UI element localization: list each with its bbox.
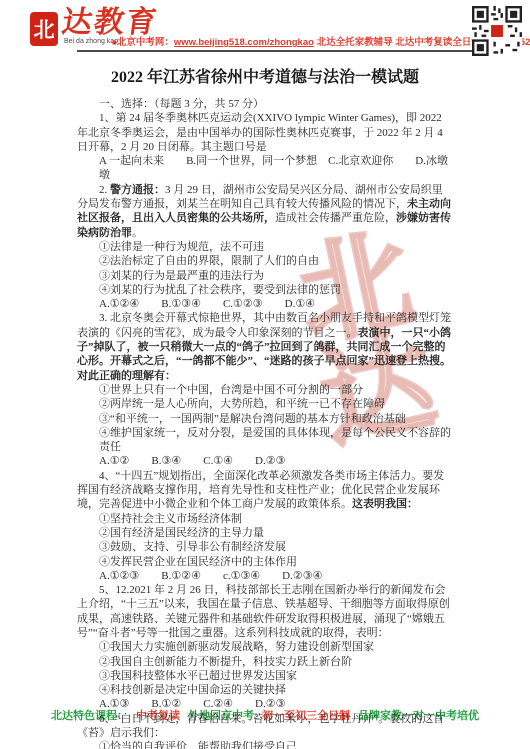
header-links: ■北京中考网：www.beijing518.com/zhongkao 北达全托家… [112, 34, 468, 48]
qr-code [472, 6, 522, 56]
question-3-item-3: ③“和平统一，一国两制”是解决台湾问题的基本方针和政治基础 [77, 412, 453, 426]
header-promo: 北达全托家教辅导 北达中考复读全日制： [317, 37, 491, 48]
question-5-item-4: ④科技创新是决定中国命运的关键抉择 [77, 683, 453, 697]
beida-seal-icon: 北 [30, 12, 58, 46]
question-3-stem: 3. 北京冬奥会开幕式惊艳世界，其中由数百名小朋友手持和平鸽模型灯笼表演的《闪亮… [77, 311, 453, 382]
question-2-item-3: ③刘某的行为是最严重的违法行为 [77, 269, 453, 283]
site-label: 北京中考网： [117, 37, 174, 48]
question-4-item-1: ①坚持社会主义市场经济体制 [77, 512, 453, 526]
page-title: 2022 年江苏省徐州中考道德与法治一模试题 [77, 68, 453, 88]
question-4-item-4: ④发挥民营企业在国民经济中的主体作用 [77, 555, 453, 569]
question-3-item-1: ①世界上只有一个中国，台湾是中国不可分割的一部分 [77, 383, 453, 397]
question-4-choices: A.①②③ B.①②④ c.①③④ D.②③④ [77, 569, 453, 583]
section-heading: 一、选择：（每题 3 分，共 57 分） [77, 97, 453, 111]
question-2-stem: 2. 警方通报：3 月 29 日，湖州市公安局吴兴区分局、湖州市公安局织里分局发… [77, 183, 453, 240]
question-5-item-1: ①我国大力实施创新驱动发展战略，努力建设创新型国家 [77, 640, 453, 654]
question-list: 1、第 24 届冬季奥林匹克运动会(XXIVO lympic Winter Ga… [77, 111, 453, 749]
question-1-choices: A 一起向未来 B.同一个世界，同一个梦想 C.北京欢迎你 D.冰墩墩 [77, 154, 453, 183]
question-6-item-1: ①恰当的自我评价，能帮助我们接受自己 [77, 740, 453, 749]
question-4-stem: 4、“十四五”规划指出，全面深化改革必须激发各类市场主体活力。要发挥国有经济战略… [77, 469, 453, 512]
question-5-item-2: ②我国自主创新能力不断提升，科技实力跃上新台阶 [77, 655, 453, 669]
question-2-item-4: ④刘某的行为扰乱了社会秩序，要受到法律的惩罚 [77, 283, 453, 297]
exam-document: 2022 年江苏省徐州中考道德与法治一模试题 一、选择：（每题 3 分，共 57… [77, 58, 453, 749]
question-5-stem: 5、12.2021 年 2 月 26 日，科技部部长王志刚在国新办举行的新闻发布… [77, 583, 453, 640]
question-5-item-3: ③我国科技整体水平已超过世界发达国家 [77, 669, 453, 683]
question-3-choices: A.①② B.③④ C.①④ D.②③ [77, 454, 453, 468]
question-2-item-1: ①法律是一种行为规范，法不可违 [77, 240, 453, 254]
question-6-stem: 6、“白日不到处，青春恰自来。苔花如米小，也学牡丹开”。袁枚的这首《苔》启示我们… [77, 712, 453, 741]
question-5-choices: A.①③ B.①② C.②④ D.②③ [77, 697, 453, 711]
question-3-item-2: ②两岸统一是人心所向，大势所趋，和平统一已不存在障碍 [77, 397, 453, 411]
question-3-item-4: ④维护国家统一，反对分裂，是爱国的具体体现，是每个公民义不容辞的责任 [77, 426, 453, 455]
question-1-stem: 1、第 24 届冬季奥林匹克运动会(XXIVO lympic Winter Ga… [77, 111, 453, 154]
header-divider [77, 50, 497, 52]
question-4-item-2: ②国有经济是国民经济的主导力量 [77, 526, 453, 540]
site-header: 北 达教育 Bei da zhong kao ■北京中考网：www.beijin… [0, 0, 530, 58]
site-link[interactable]: www.beijing518.com/zhongkao [174, 37, 314, 48]
question-4-item-3: ③鼓励、支持、引导非公有制经济发展 [77, 540, 453, 554]
question-2-item-2: ②法治标定了自由的界限，限制了人们的自由 [77, 254, 453, 268]
brand-subtitle: Bei da zhong kao [64, 38, 118, 45]
question-2-choices: A.①②④ B.①③④ C.①②③ D.①④ [77, 297, 453, 311]
